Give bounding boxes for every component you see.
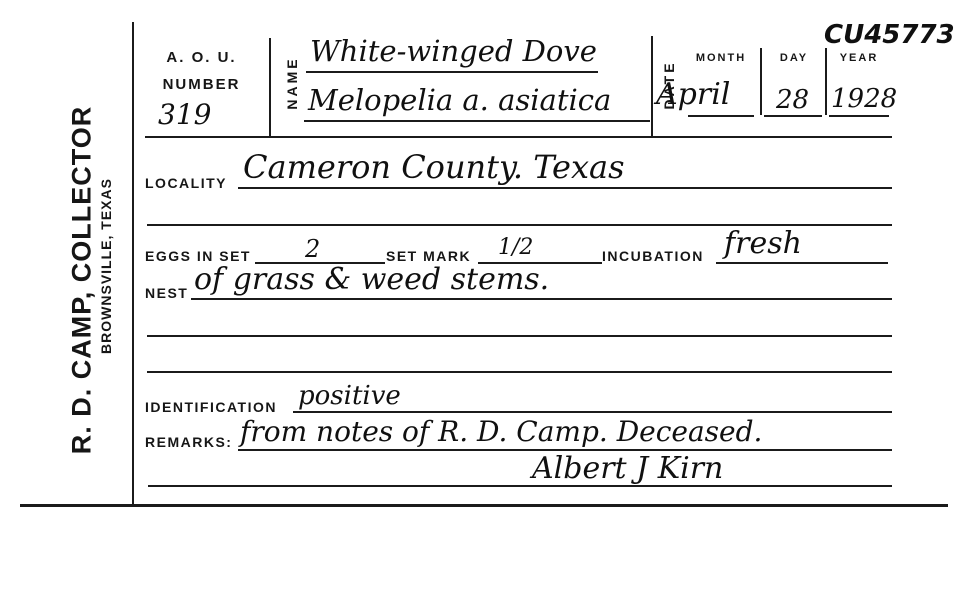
month-underline <box>688 115 754 117</box>
aou-number-value: 319 <box>158 100 211 131</box>
aou-number-label: A. O. U. NUMBER <box>133 44 270 98</box>
locality-label: LOCALITY <box>145 175 227 191</box>
blank-rule-2 <box>147 335 892 337</box>
nest-rule <box>191 298 892 300</box>
month-column-label: MONTH <box>688 52 754 64</box>
collector-name-vertical: R. D. CAMP, COLLECTOR <box>67 106 98 455</box>
remarks-label: REMARKS: <box>145 434 232 450</box>
signature-value: Albert J Kirn <box>532 452 723 485</box>
common-name-underline <box>306 71 598 73</box>
nest-label: NEST <box>145 285 188 301</box>
day-column-label: DAY <box>766 52 822 64</box>
aou-label-line2: NUMBER <box>133 71 270 98</box>
catalog-number: CU45773 <box>824 20 955 50</box>
day-year-divider <box>825 48 827 115</box>
identification-label: IDENTIFICATION <box>145 399 277 415</box>
aou-label-line1: A. O. U. <box>133 44 270 71</box>
card-bottom-edge <box>20 504 948 507</box>
locality-rule <box>238 187 892 189</box>
incubation-underline <box>716 262 888 264</box>
header-rule <box>145 136 892 138</box>
incubation-label: INCUBATION <box>602 248 704 264</box>
day-value: 28 <box>776 86 809 115</box>
eggs-in-set-value: 2 <box>305 236 320 262</box>
remarks-value: from notes of R. D. Camp. Deceased. <box>240 417 762 448</box>
signature-rule <box>148 485 892 487</box>
year-underline <box>829 115 889 117</box>
day-underline <box>764 115 822 117</box>
set-mark-value: 1/2 <box>498 236 533 260</box>
egg-collection-card: R. D. CAMP, COLLECTOR BROWNSVILLE, TEXAS… <box>0 0 971 592</box>
locality-value: Cameron County. Texas <box>243 150 625 185</box>
identification-rule <box>293 411 892 413</box>
year-value: 1928 <box>831 85 897 114</box>
aou-name-divider <box>269 38 271 137</box>
name-date-divider <box>651 36 653 136</box>
scientific-name-underline <box>304 120 650 122</box>
month-day-divider <box>760 48 762 115</box>
nest-value: of grass & weed stems. <box>194 263 549 296</box>
month-value: April <box>656 78 730 111</box>
identification-value: positive <box>298 382 401 411</box>
year-column-label: YEAR <box>830 52 888 64</box>
name-label-vertical: NAME <box>284 56 300 109</box>
incubation-value: fresh <box>724 227 802 260</box>
scientific-name-value: Melopelia a. asiatica <box>308 85 611 117</box>
blank-rule-3 <box>147 371 892 373</box>
collector-location-vertical: BROWNSVILLE, TEXAS <box>98 178 114 354</box>
common-name-value: White-winged Dove <box>310 36 597 68</box>
